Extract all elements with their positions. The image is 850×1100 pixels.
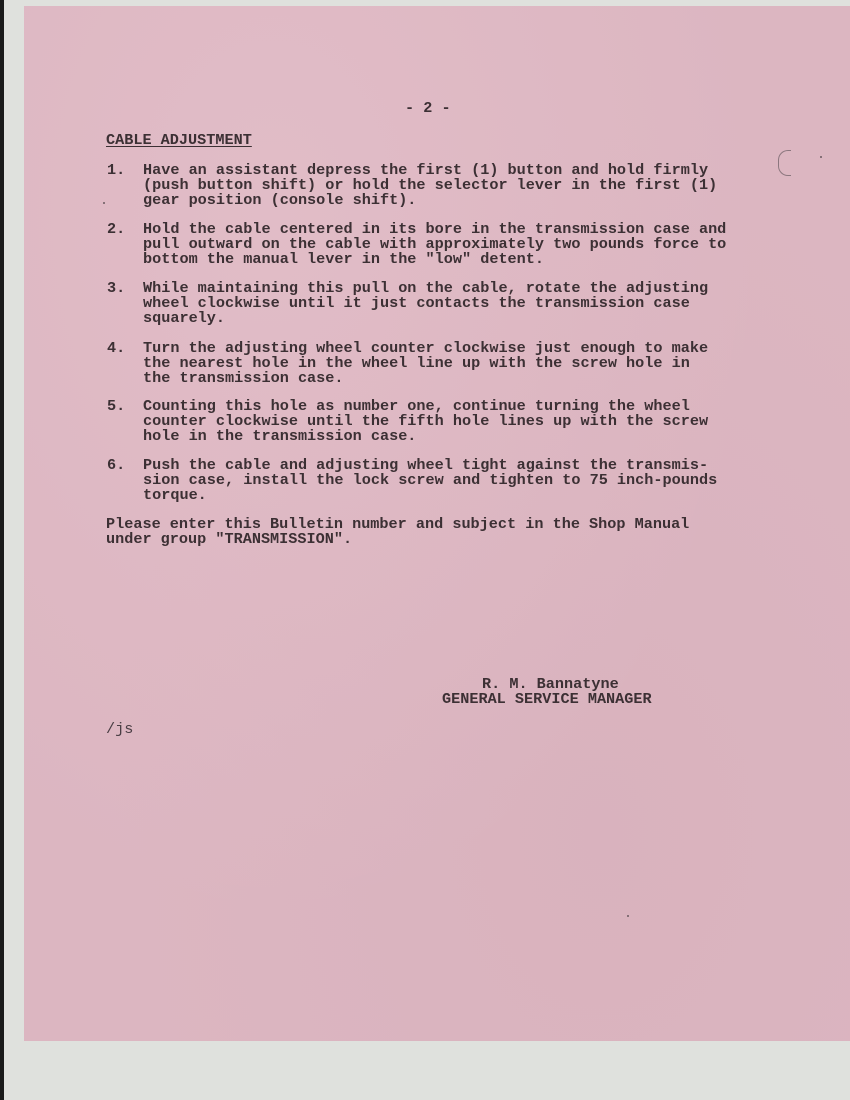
stray-mark <box>103 202 105 204</box>
step-line: sion case, install the lock screw and ti… <box>143 471 717 489</box>
pen-mark <box>778 150 791 176</box>
step-line: torque. <box>143 486 207 504</box>
step-line: gear position (console shift). <box>143 191 416 209</box>
step-line: squarely. <box>143 309 225 327</box>
step-line: hole in the transmission case. <box>143 427 416 445</box>
step-number: 5. <box>107 399 125 414</box>
step-text: Turn the adjusting wheel counter clockwi… <box>143 341 708 385</box>
step-number: 1. <box>107 163 125 178</box>
step-text: While maintaining this pull on the cable… <box>143 281 708 325</box>
typist-initials: /js <box>106 722 133 737</box>
step-text: Counting this hole as number one, contin… <box>143 399 708 443</box>
page-number: - 2 - <box>405 101 451 116</box>
step-text: Hold the cable centered in its bore in t… <box>143 222 726 266</box>
stray-mark <box>820 156 822 158</box>
closing-line: under group "TRANSMISSION". <box>106 530 352 548</box>
step-line: the transmission case. <box>143 369 344 387</box>
step-number: 4. <box>107 341 125 356</box>
step-text: Push the cable and adjusting wheel tight… <box>143 458 717 502</box>
step-text: Have an assistant depress the first (1) … <box>143 163 717 207</box>
step-number: 2. <box>107 222 125 237</box>
step-number: 6. <box>107 458 125 473</box>
signature-title: GENERAL SERVICE MANAGER <box>442 692 652 707</box>
scan-edge <box>0 0 4 1100</box>
stray-mark <box>627 915 629 917</box>
section-heading: CABLE ADJUSTMENT <box>106 133 252 148</box>
step-line: bottom the manual lever in the "low" det… <box>143 250 544 268</box>
step-number: 3. <box>107 281 125 296</box>
closing-instruction: Please enter this Bulletin number and su… <box>106 517 689 547</box>
